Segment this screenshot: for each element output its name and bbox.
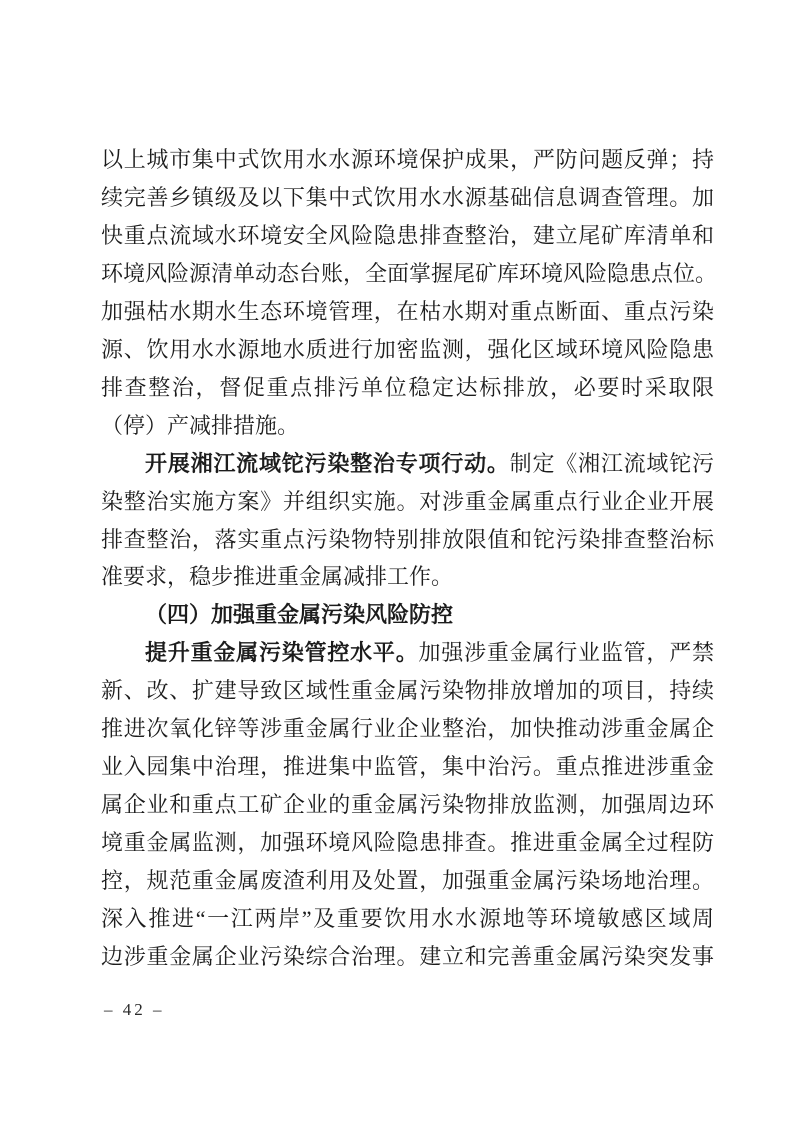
body-text: （停）产减排措施。 <box>101 413 299 438</box>
body-text: 加强枯水期水生态环境管理，在枯水期对重点断面、重点污染 <box>101 299 714 324</box>
text-line: 新、改、扩建导致区域性重金属污染物排放增加的项目，持续 <box>101 672 714 710</box>
body-text: 属企业和重点工矿企业的重金属污染物排放监测，加强周边环 <box>101 792 714 817</box>
body-text: 控，规范重金属废渣利用及处置，加强重金属污染场地治理。 <box>101 868 714 893</box>
body-text: 染整治实施方案》并组织实施。对涉重金属重点行业企业开展 <box>101 489 714 514</box>
body-text: 边涉重金属企业污染综合治理。建立和完善重金属污染突发事 <box>101 944 714 969</box>
text-line: 续完善乡镇级及以下集中式饮用水水源基础信息调查管理。加 <box>101 179 714 217</box>
body-text: 排查整治，督促重点排污单位稳定达标排放，必要时采取限 <box>101 375 714 400</box>
bold-lead-text: 开展湘江流域铊污染整治专项行动。 <box>145 451 510 476</box>
text-line: 准要求，稳步推进重金属减排工作。 <box>101 558 714 596</box>
body-text: 加强涉重金属行业监管，严禁 <box>419 640 715 665</box>
page-number: – 42 – <box>104 1000 165 1020</box>
text-line: 边涉重金属企业污染综合治理。建立和完善重金属污染突发事 <box>101 938 714 976</box>
body-text: 境重金属监测，加强环境风险隐患排查。推进重金属全过程防 <box>101 830 714 855</box>
text-line: 加强枯水期水生态环境管理，在枯水期对重点断面、重点污染 <box>101 293 714 331</box>
text-line: 快重点流域水环境安全风险隐患排查整治，建立尾矿库清单和 <box>101 217 714 255</box>
bold-lead-text: （四）加强重金属污染风险防控 <box>145 602 453 627</box>
body-text: 深入推进“一江两岸”及重要饮用水水源地等环境敏感区域周 <box>101 906 714 931</box>
text-line: 环境风险源清单动态台账，全面掌握尾矿库环境风险隐患点位。 <box>101 255 714 293</box>
text-line: 深入推进“一江两岸”及重要饮用水水源地等环境敏感区域周 <box>101 900 714 938</box>
body-text: 环境风险源清单动态台账，全面掌握尾矿库环境风险隐患点位。 <box>101 261 717 286</box>
text-line: 排查整治，督促重点排污单位稳定达标排放，必要时采取限 <box>101 369 714 407</box>
bold-lead-text: 提升重金属污染管控水平。 <box>145 640 419 665</box>
text-line: 推进次氧化锌等涉重金属行业企业整治，加快推动涉重金属企 <box>101 710 714 748</box>
text-line: 业入园集中治理，推进集中监管，集中治污。重点推进涉重金 <box>101 748 714 786</box>
document-page: 以上城市集中式饮用水水源环境保护成果，严防问题反弹；持续完善乡镇级及以下集中式饮… <box>0 0 793 1122</box>
body-text: 业入园集中治理，推进集中监管，集中治污。重点推进涉重金 <box>101 754 714 779</box>
body-text: 准要求，稳步推进重金属减排工作。 <box>101 564 453 589</box>
body-text: 排查整治，落实重点污染物特别排放限值和铊污染排查整治标 <box>101 527 714 552</box>
document-body: 以上城市集中式饮用水水源环境保护成果，严防问题反弹；持续完善乡镇级及以下集中式饮… <box>101 141 714 976</box>
body-text: 续完善乡镇级及以下集中式饮用水水源基础信息调查管理。加 <box>101 185 714 210</box>
body-text: 新、改、扩建导致区域性重金属污染物排放增加的项目，持续 <box>101 678 714 703</box>
text-line: （停）产减排措施。 <box>101 407 714 445</box>
text-line: 源、饮用水水源地水质进行加密监测，强化区域环境风险隐患 <box>101 331 714 369</box>
body-text: 以上城市集中式饮用水水源环境保护成果，严防问题反弹；持 <box>101 147 714 172</box>
text-line: （四）加强重金属污染风险防控 <box>101 596 714 634</box>
text-line: 染整治实施方案》并组织实施。对涉重金属重点行业企业开展 <box>101 483 714 521</box>
text-line: 境重金属监测，加强环境风险隐患排查。推进重金属全过程防 <box>101 824 714 862</box>
text-line: 以上城市集中式饮用水水源环境保护成果，严防问题反弹；持 <box>101 141 714 179</box>
text-line: 提升重金属污染管控水平。加强涉重金属行业监管，严禁 <box>101 634 714 672</box>
text-line: 排查整治，落实重点污染物特别排放限值和铊污染排查整治标 <box>101 521 714 559</box>
text-line: 开展湘江流域铊污染整治专项行动。制定《湘江流域铊污 <box>101 445 714 483</box>
text-line: 控，规范重金属废渣利用及处置，加强重金属污染场地治理。 <box>101 862 714 900</box>
body-text: 制定《湘江流域铊污 <box>510 451 714 476</box>
body-text: 源、饮用水水源地水质进行加密监测，强化区域环境风险隐患 <box>101 337 714 362</box>
text-line: 属企业和重点工矿企业的重金属污染物排放监测，加强周边环 <box>101 786 714 824</box>
body-text: 快重点流域水环境安全风险隐患排查整治，建立尾矿库清单和 <box>101 223 714 248</box>
body-text: 推进次氧化锌等涉重金属行业企业整治，加快推动涉重金属企 <box>101 716 714 741</box>
